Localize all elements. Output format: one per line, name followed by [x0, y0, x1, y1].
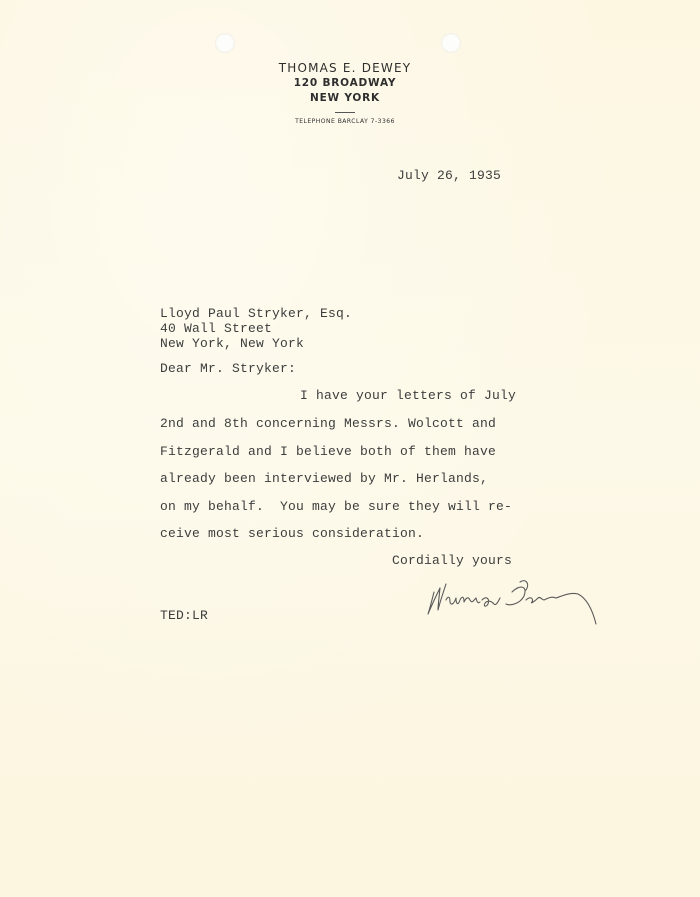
- letterhead-address-line1: 120 Broadway: [270, 76, 420, 91]
- body-line: ceive most serious consideration.: [160, 526, 424, 541]
- punch-hole-left: [215, 33, 235, 53]
- body-line: Fitzgerald and I believe both of them ha…: [160, 444, 496, 459]
- letterhead-address-line2: New York: [270, 91, 420, 106]
- salutation: Dear Mr. Stryker:: [160, 361, 296, 376]
- reference-initials: TED:LR: [160, 608, 208, 623]
- letter-date: July 26, 1935: [397, 168, 501, 183]
- closing: Cordially yours: [392, 553, 512, 568]
- handwritten-signature: [420, 570, 610, 630]
- letterhead-telephone: Telephone BArclay 7-3366: [270, 118, 420, 125]
- letterhead-divider: [335, 112, 355, 113]
- recipient-street: 40 Wall Street: [160, 321, 272, 336]
- recipient-name: Lloyd Paul Stryker, Esq.: [160, 306, 352, 321]
- punch-hole-right: [441, 33, 461, 53]
- body-line: on my behalf. You may be sure they will …: [160, 499, 512, 514]
- recipient-city: New York, New York: [160, 336, 304, 351]
- letterhead-name: Thomas E. Dewey: [270, 60, 420, 76]
- body-line: I have your letters of July: [300, 388, 516, 403]
- body-line: already been interviewed by Mr. Herlands…: [160, 471, 488, 486]
- letterhead: Thomas E. Dewey 120 Broadway New York Te…: [270, 60, 420, 125]
- body-line: 2nd and 8th concerning Messrs. Wolcott a…: [160, 416, 496, 431]
